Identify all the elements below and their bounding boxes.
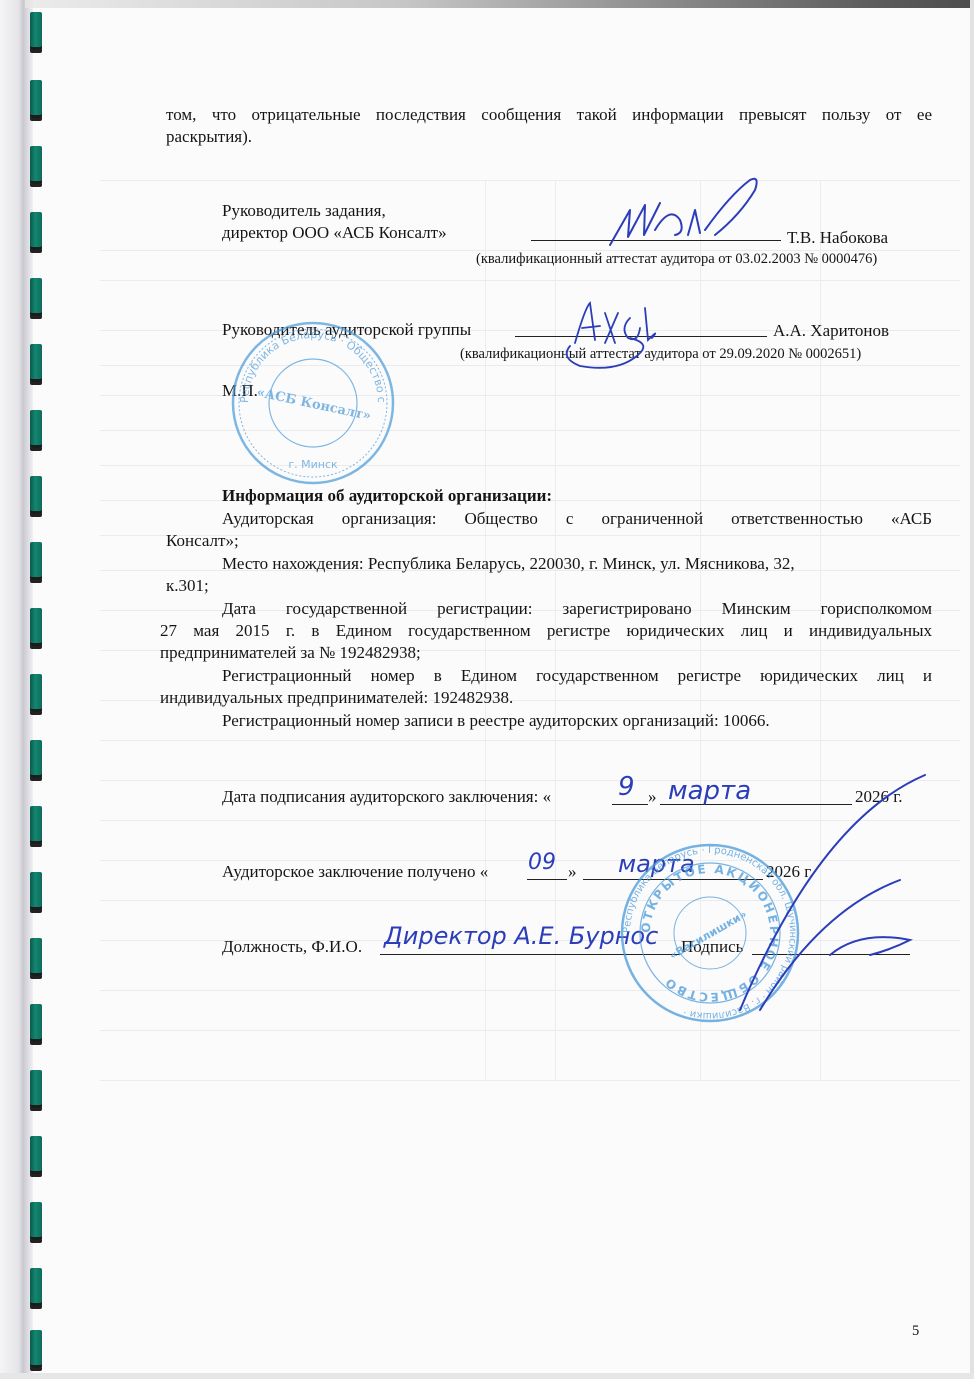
task-head-name: Т.В. Набокова [787,227,888,249]
svg-text:г. Минск: г. Минск [288,458,338,471]
group-head-signature [560,298,680,378]
signed-day-close: » [648,786,657,808]
registry-record: Регистрационный номер записи в реестре а… [222,710,770,732]
signed-day-line [612,804,648,805]
intro-text-line-2: раскрытия). [166,126,252,148]
position-label: Должность, Ф.И.О. [222,936,362,958]
group-head-name: А.А. Харитонов [773,320,889,342]
reg-date-line-1: Дата государственной регистрации: зареги… [222,598,932,620]
page-top-edge [25,0,974,8]
auditor-stamp: Республика Беларусь · Общество с огранич… [218,318,408,488]
signed-day-handwritten: 9 [618,772,635,802]
received-day-close: » [568,861,577,883]
received-day-line [527,879,567,880]
svg-text:«АСБ Консалт»: «АСБ Консалт» [255,385,372,424]
reg-number-line-1: Регистрационный номер в Едином государст… [222,665,932,687]
page-number: 5 [912,1320,919,1342]
org-name-line-1: Аудиторская организация: Общество с огра… [222,508,932,530]
org-info-heading: Информация об аудиторской организации: [222,485,552,507]
org-address-line-2: к.301; [166,575,209,597]
received-label: Аудиторское заключение получено « [222,861,488,883]
org-name-line-2: Консалт»; [166,530,239,552]
page-right-edge [970,0,974,1379]
client-signature [700,760,940,1020]
org-address-line-1: Место нахождения: Республика Беларусь, 2… [222,553,795,575]
task-head-role-line-1: Руководитель задания, [222,200,386,222]
reg-number-line-2: индивидуальных предпринимателей: 1924829… [160,687,513,709]
signed-date-label: Дата подписания аудиторского заключения:… [222,786,551,808]
svg-text:Республика Беларусь · Общество: Республика Беларусь · Общество с огранич… [214,308,388,403]
page-bottom-edge [0,1373,974,1379]
reg-date-line-2: 27 мая 2015 г. в Едином государственном … [160,620,932,642]
received-day-handwritten: 09 [528,850,556,875]
document-page: том, что отрицательные последствия сообщ… [0,0,974,1379]
task-head-signature [600,175,780,255]
reg-date-line-3: предпринимателей за № 192482938; [160,642,421,664]
task-head-role-line-2: директор ООО «АСБ Консалт» [222,222,447,244]
binding-spine [0,0,33,1379]
intro-text-line-1: том, что отрицательные последствия сообщ… [166,104,932,126]
